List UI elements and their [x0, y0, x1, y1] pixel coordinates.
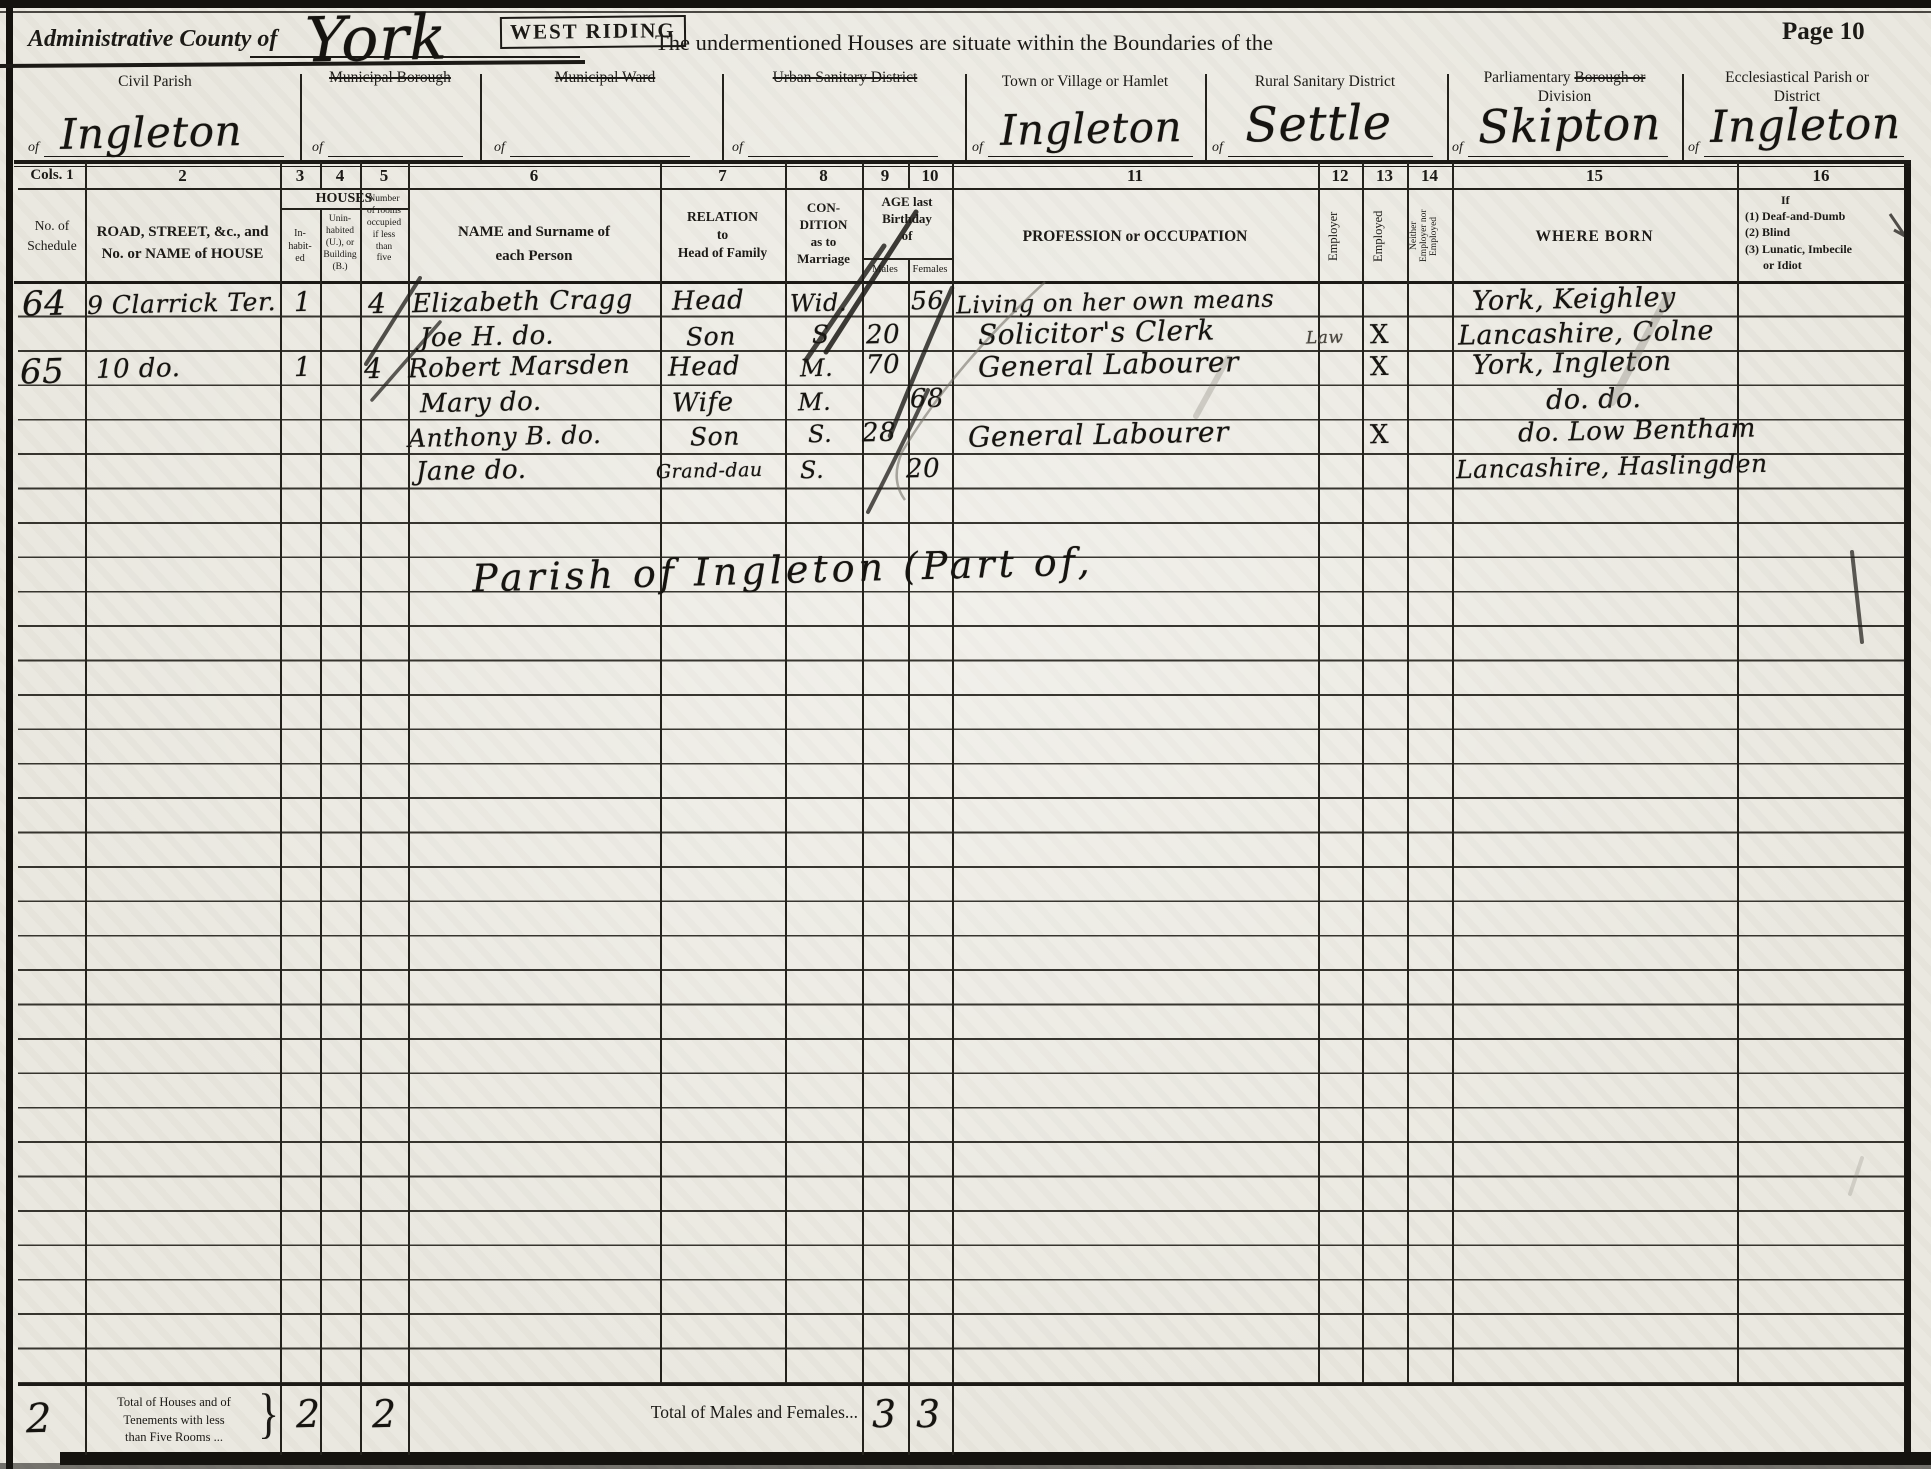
- row-relation: Head: [672, 285, 745, 317]
- colnum-13: 13: [1362, 166, 1407, 186]
- row-age-male: 28: [862, 418, 897, 449]
- row-occupation: General Labourer: [978, 345, 1240, 383]
- title-rule: [0, 60, 585, 68]
- header-vline: [1737, 162, 1739, 283]
- totals-houses-label: Total of Houses and of Tenements with le…: [90, 1394, 258, 1447]
- body-vline: [1407, 283, 1409, 1383]
- totals-males-females-label: Total of Males and Females...: [560, 1402, 858, 1423]
- row-road: 9 Clarrick Ter.: [87, 287, 277, 320]
- row-relation: Grand-dau: [656, 459, 763, 483]
- boundary-sep: [965, 74, 967, 160]
- scan-edge-left: [6, 8, 13, 1469]
- age-group-header: AGE last Birthday of: [862, 194, 952, 245]
- totals-females-value: 3: [916, 1392, 942, 1437]
- name-header: NAME and Surname of each Person: [408, 220, 660, 268]
- of-line: [328, 156, 463, 157]
- census-sheet: Administrative County of York WEST RIDIN…: [0, 0, 1931, 1469]
- row-age-female: 68: [910, 384, 945, 415]
- rural-sanitary-value: Settle: [1244, 94, 1392, 153]
- colnum-16: 16: [1737, 166, 1905, 186]
- colnum-4: 4: [320, 166, 360, 186]
- colnum-7: 7: [660, 166, 785, 186]
- row-employed-mark: X: [1370, 352, 1390, 382]
- row-born: do. Low Bentham: [1518, 414, 1756, 449]
- row-age-female: 20: [906, 454, 941, 485]
- of-word: of: [28, 140, 39, 156]
- row-condition: Wid.: [790, 288, 847, 317]
- colnum-14: 14: [1407, 166, 1452, 186]
- town-village-label: Town or Village or Hamlet: [975, 72, 1195, 91]
- municipal-borough-label: Municipal Borough: [305, 68, 475, 87]
- table-top-rule: [14, 160, 1911, 164]
- employed-header: Employed: [1372, 196, 1385, 276]
- boundary-sep: [1205, 74, 1207, 160]
- of-line: [748, 156, 938, 157]
- totals-schedule-value: 2: [26, 1396, 53, 1443]
- males-header: Males: [862, 264, 908, 275]
- row-name: Jane do.: [416, 455, 527, 487]
- uninhabited-header: Unin- habited (U.), or Building (B.): [320, 214, 360, 273]
- totals-houses-brace: }: [258, 1382, 279, 1446]
- inhabited-header: In- habit- ed: [280, 228, 320, 266]
- totals-vline: [280, 1386, 282, 1455]
- totals-vline: [360, 1386, 362, 1455]
- row-employer-note: Law: [1306, 328, 1344, 349]
- boundary-sep: [1682, 74, 1684, 160]
- of-word: of: [972, 140, 983, 156]
- ecclesiastical-value: Ingleton: [1709, 98, 1901, 153]
- row-name: Joe H. do.: [420, 321, 555, 354]
- row-condition: M.: [798, 388, 832, 417]
- colnum-underline: [18, 188, 1905, 190]
- row-inhabited: 1: [294, 352, 312, 383]
- of-word: of: [1212, 140, 1223, 156]
- colnum-5: 5: [360, 166, 408, 186]
- body-vline: [85, 283, 87, 1383]
- scan-edge-top: [0, 0, 1931, 8]
- employer-header: Employer: [1327, 196, 1340, 276]
- scan-edge-bottom-rule: [0, 1463, 1931, 1469]
- scan-edge-top-rule: [0, 11, 1931, 13]
- row-occupation: General Labourer: [968, 415, 1230, 453]
- totals-rooms-value: 2: [372, 1392, 398, 1437]
- header-vline: [1318, 162, 1320, 283]
- colnum-10: 10: [908, 166, 952, 186]
- females-header: Females: [908, 264, 952, 275]
- colnum-1: Cols. 1: [20, 167, 84, 184]
- civil-parish-value: Ingleton: [60, 106, 243, 159]
- infirmity-header: If (1) Deaf-and-Dumb (2) Blind (3) Lunat…: [1745, 192, 1905, 273]
- header-vline: [1362, 162, 1364, 283]
- relation-header: RELATION to Head of Family: [660, 208, 785, 263]
- age-underline: [862, 258, 952, 260]
- row-relation: Head: [668, 351, 741, 383]
- colnum-15: 15: [1452, 166, 1737, 186]
- town-village-value: Ingleton: [1000, 102, 1183, 155]
- body-vline: [1452, 283, 1454, 1383]
- parliamentary-label-struck: Borough or: [1574, 69, 1645, 86]
- boundary-sep: [722, 74, 724, 160]
- row-condition: S: [812, 320, 830, 349]
- body-vline: [908, 283, 910, 1383]
- totals-houses-value: 2: [296, 1392, 322, 1437]
- row-condition: S.: [800, 456, 825, 485]
- row-employed-mark: X: [1370, 320, 1390, 350]
- neither-header: Neither Employer nor Employed: [1410, 192, 1440, 280]
- parliamentary-label-pre: Parliamentary: [1484, 69, 1575, 86]
- table-right-border: [1904, 160, 1911, 1456]
- row-age-female: 56: [911, 286, 944, 316]
- row-condition: S.: [808, 420, 833, 449]
- row-name: Anthony B. do.: [408, 420, 602, 453]
- profession-header: PROFESSION or OCCUPATION: [952, 228, 1318, 246]
- of-word: of: [494, 140, 505, 156]
- condition-header: CON- DITION as to Marriage: [785, 200, 862, 268]
- row-born: do. do.: [1546, 383, 1642, 416]
- row-road: 10 do.: [96, 353, 181, 385]
- body-vline: [952, 283, 954, 1383]
- colnum-12: 12: [1318, 166, 1362, 186]
- of-line: [510, 156, 690, 157]
- of-word: of: [1452, 140, 1463, 156]
- header-vline: [1452, 162, 1454, 283]
- row-born: York, Keighley: [1472, 282, 1676, 317]
- row-employed-mark: X: [1370, 420, 1390, 450]
- header-vline: [952, 162, 954, 283]
- row-relation: Son: [690, 421, 740, 451]
- body-vline: [1362, 283, 1364, 1383]
- totals-vline: [85, 1386, 87, 1455]
- parliamentary-value: Skipton: [1477, 96, 1661, 154]
- rooms-header: Number of rooms occupied if less than fi…: [360, 194, 408, 265]
- of-word: of: [732, 140, 743, 156]
- row-rooms: 4: [368, 287, 387, 320]
- body-vline: [785, 283, 787, 1383]
- body-vline: [280, 283, 282, 1383]
- colnum-3: 3: [280, 166, 320, 186]
- of-word: of: [312, 140, 323, 156]
- header-vline: [908, 162, 910, 188]
- of-word: of: [1688, 140, 1699, 156]
- of-line: [1704, 156, 1904, 157]
- boundary-sep: [480, 74, 482, 160]
- row-schedule: 65: [20, 352, 65, 393]
- row-condition: M.: [800, 354, 834, 383]
- page-number: Page 10: [1782, 18, 1865, 46]
- table-body: [18, 283, 1905, 1383]
- body-vline: [660, 283, 662, 1383]
- row-schedule: 64: [22, 284, 67, 325]
- of-line: [1468, 156, 1668, 157]
- body-vline: [320, 283, 322, 1383]
- totals-males-value: 3: [872, 1392, 898, 1437]
- boundary-sep: [300, 74, 302, 160]
- rural-sanitary-label: Rural Sanitary District: [1215, 72, 1435, 91]
- row-age-male: 70: [866, 350, 901, 381]
- admin-county-label: Administrative County of: [28, 26, 277, 53]
- colnum-2: 2: [85, 166, 280, 186]
- totals-vline: [908, 1386, 910, 1455]
- row-relation: Wife: [672, 387, 734, 418]
- undermentioned-text: The undermentioned Houses are situate wi…: [655, 30, 1273, 56]
- colnum-11: 11: [952, 166, 1318, 186]
- colnum-8: 8: [785, 166, 862, 186]
- row-rooms: 4: [364, 352, 383, 385]
- road-header: ROAD, STREET, &c., and No. or NAME of HO…: [85, 222, 280, 266]
- of-line: [1228, 156, 1433, 157]
- header-vline: [320, 162, 322, 188]
- boundary-sep: [1447, 74, 1449, 160]
- totals-vline: [862, 1386, 864, 1455]
- where-born-header: WHERE BORN: [1452, 228, 1737, 246]
- municipal-ward-label: Municipal Ward: [510, 68, 700, 87]
- totals-vline: [408, 1386, 410, 1455]
- colnum-9: 9: [862, 166, 908, 186]
- row-relation: Son: [686, 321, 736, 351]
- urban-sanitary-label: Urban Sanitary District: [740, 68, 950, 87]
- of-line: [988, 156, 1193, 157]
- row-name: Elizabeth Cragg: [412, 285, 634, 320]
- colnum-6: 6: [408, 166, 660, 186]
- row-born: York, Ingleton: [1472, 346, 1672, 381]
- body-vline: [1737, 283, 1739, 1383]
- row-name: Mary do.: [420, 387, 542, 420]
- totals-vline: [952, 1386, 954, 1455]
- body-vline: [360, 283, 362, 1383]
- schedule-header: No. of Schedule: [20, 216, 84, 257]
- civil-parish-label: Civil Parish: [40, 72, 270, 91]
- row-age-male: 20: [866, 320, 901, 351]
- row-born: Lancashire, Colne: [1458, 315, 1715, 351]
- row-inhabited: 1: [294, 287, 312, 318]
- row-name: Robert Marsden: [408, 350, 631, 385]
- body-vline: [1318, 283, 1320, 1383]
